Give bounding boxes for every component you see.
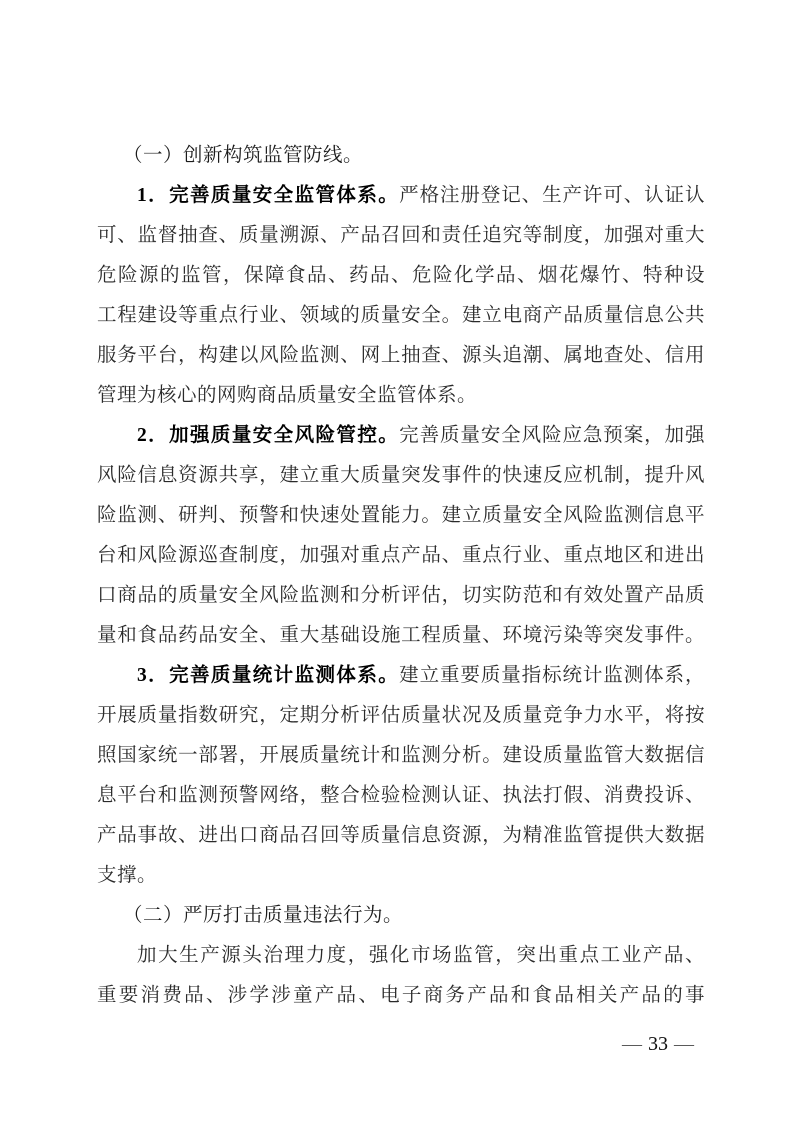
paragraph-lead-bold: 3．完善质量统计监测体系。 (137, 665, 399, 686)
line-text: （一）创新构筑监管防线。 (123, 145, 363, 166)
document-line: 息平台和监测预警网络，整合检验检测认证、执法打假、消费投诉、 (97, 776, 705, 816)
line-text: 建立重要质量指标统计监测体系， (399, 665, 705, 686)
line-text: （二）严厉打击质量违法行为。 (123, 905, 403, 926)
line-text: 严格注册登记、生产许可、认证认 (399, 185, 705, 206)
line-text: 险监测、研判、预警和快速处置能力。建立质量安全风险监测信息平 (97, 505, 705, 526)
document-line: 危险源的监管，保障食品、药品、危险化学品、烟花爆竹、特种设备、 (97, 256, 705, 296)
document-line: 口商品的质量安全风险监测和分析评估，切实防范和有效处置产品质 (97, 576, 705, 616)
document-line: 3．完善质量统计监测体系。建立重要质量指标统计监测体系， (97, 656, 705, 696)
line-text: 完善质量安全风险应急预案，加强 (399, 425, 705, 446)
document-line: 照国家统一部署，开展质量统计和监测分析。建设质量监管大数据信 (97, 736, 705, 776)
document-line: 2．加强质量安全风险管控。完善质量安全风险应急预案，加强 (97, 416, 705, 456)
page-number-dash-right: — (668, 1033, 700, 1055)
line-text: 照国家统一部署，开展质量统计和监测分析。建设质量监管大数据信 (97, 745, 705, 766)
document-line: 可、监督抽查、质量溯源、产品召回和责任追究等制度，加强对重大 (97, 216, 705, 256)
line-text: 危险源的监管，保障食品、药品、危险化学品、烟花爆竹、特种设备、 (97, 265, 705, 296)
line-text: 息平台和监测预警网络，整合检验检测认证、执法打假、消费投诉、 (97, 785, 705, 806)
document-line: 开展质量指数研究，定期分析评估质量状况及质量竞争力水平，将按 (97, 696, 705, 736)
document-line: 风险信息资源共享，建立重大质量突发事件的快速反应机制，提升风 (97, 456, 705, 496)
document-page: （一）创新构筑监管防线。1．完善质量安全监管体系。严格注册登记、生产许可、认证认… (0, 0, 793, 1122)
document-line: 管理为核心的网购商品质量安全监管体系。 (97, 376, 705, 416)
line-text: 工程建设等重点行业、领域的质量安全。建立电商产品质量信息公共 (97, 305, 705, 326)
document-line: 险监测、研判、预警和快速处置能力。建立质量安全风险监测信息平 (97, 496, 705, 536)
line-text: 服务平台，构建以风险监测、网上抽查、源头追潮、属地查处、信用 (97, 345, 705, 366)
document-line: 量和食品药品安全、重大基础设施工程质量、环境污染等突发事件。 (97, 616, 705, 656)
line-text: 台和风险源巡查制度，加强对重点产品、重点行业、重点地区和进出 (97, 545, 705, 566)
document-line: 加大生产源头治理力度，强化市场监管，突出重点工业产品、 (97, 936, 705, 976)
document-line: 台和风险源巡查制度，加强对重点产品、重点行业、重点地区和进出 (97, 536, 705, 576)
document-line: 1．完善质量安全监管体系。严格注册登记、生产许可、认证认 (97, 176, 705, 216)
document-line: 支撑。 (97, 856, 705, 896)
line-text: 重要消费品、涉学涉童产品、电子商务产品和食品相关产品的事 (97, 985, 705, 1006)
document-line: 产品事故、进出口商品召回等质量信息资源，为精准监管提供大数据 (97, 816, 705, 856)
line-text: 风险信息资源共享，建立重大质量突发事件的快速反应机制，提升风 (97, 465, 705, 486)
line-text: 管理为核心的网购商品质量安全监管体系。 (97, 385, 477, 406)
page-number-value: 33 (648, 1033, 668, 1055)
line-text: 可、监督抽查、质量溯源、产品召回和责任追究等制度，加强对重大 (97, 225, 705, 246)
paragraph-lead-bold: 2．加强质量安全风险管控。 (137, 425, 399, 446)
document-line: 工程建设等重点行业、领域的质量安全。建立电商产品质量信息公共 (97, 296, 705, 336)
page-number-dash-left: — (616, 1033, 648, 1055)
line-text: 加大生产源头治理力度，强化市场监管，突出重点工业产品、 (137, 945, 705, 966)
document-line: 重要消费品、涉学涉童产品、电子商务产品和食品相关产品的事 (97, 976, 705, 1016)
line-text: 量和食品药品安全、重大基础设施工程质量、环境污染等突发事件。 (97, 625, 705, 646)
page-number: —33— (608, 1030, 708, 1058)
document-body: （一）创新构筑监管防线。1．完善质量安全监管体系。严格注册登记、生产许可、认证认… (97, 136, 705, 1016)
line-text: 开展质量指数研究，定期分析评估质量状况及质量竞争力水平，将按 (97, 705, 705, 726)
section-heading: （一）创新构筑监管防线。 (97, 136, 705, 176)
line-text: 产品事故、进出口商品召回等质量信息资源，为精准监管提供大数据 (97, 825, 705, 846)
line-text: 口商品的质量安全风险监测和分析评估，切实防范和有效处置产品质 (97, 585, 705, 606)
document-line: 服务平台，构建以风险监测、网上抽查、源头追潮、属地查处、信用 (97, 336, 705, 376)
paragraph-lead-bold: 1．完善质量安全监管体系。 (137, 185, 399, 206)
line-text: 支撑。 (97, 865, 157, 886)
section-heading: （二）严厉打击质量违法行为。 (97, 896, 705, 936)
